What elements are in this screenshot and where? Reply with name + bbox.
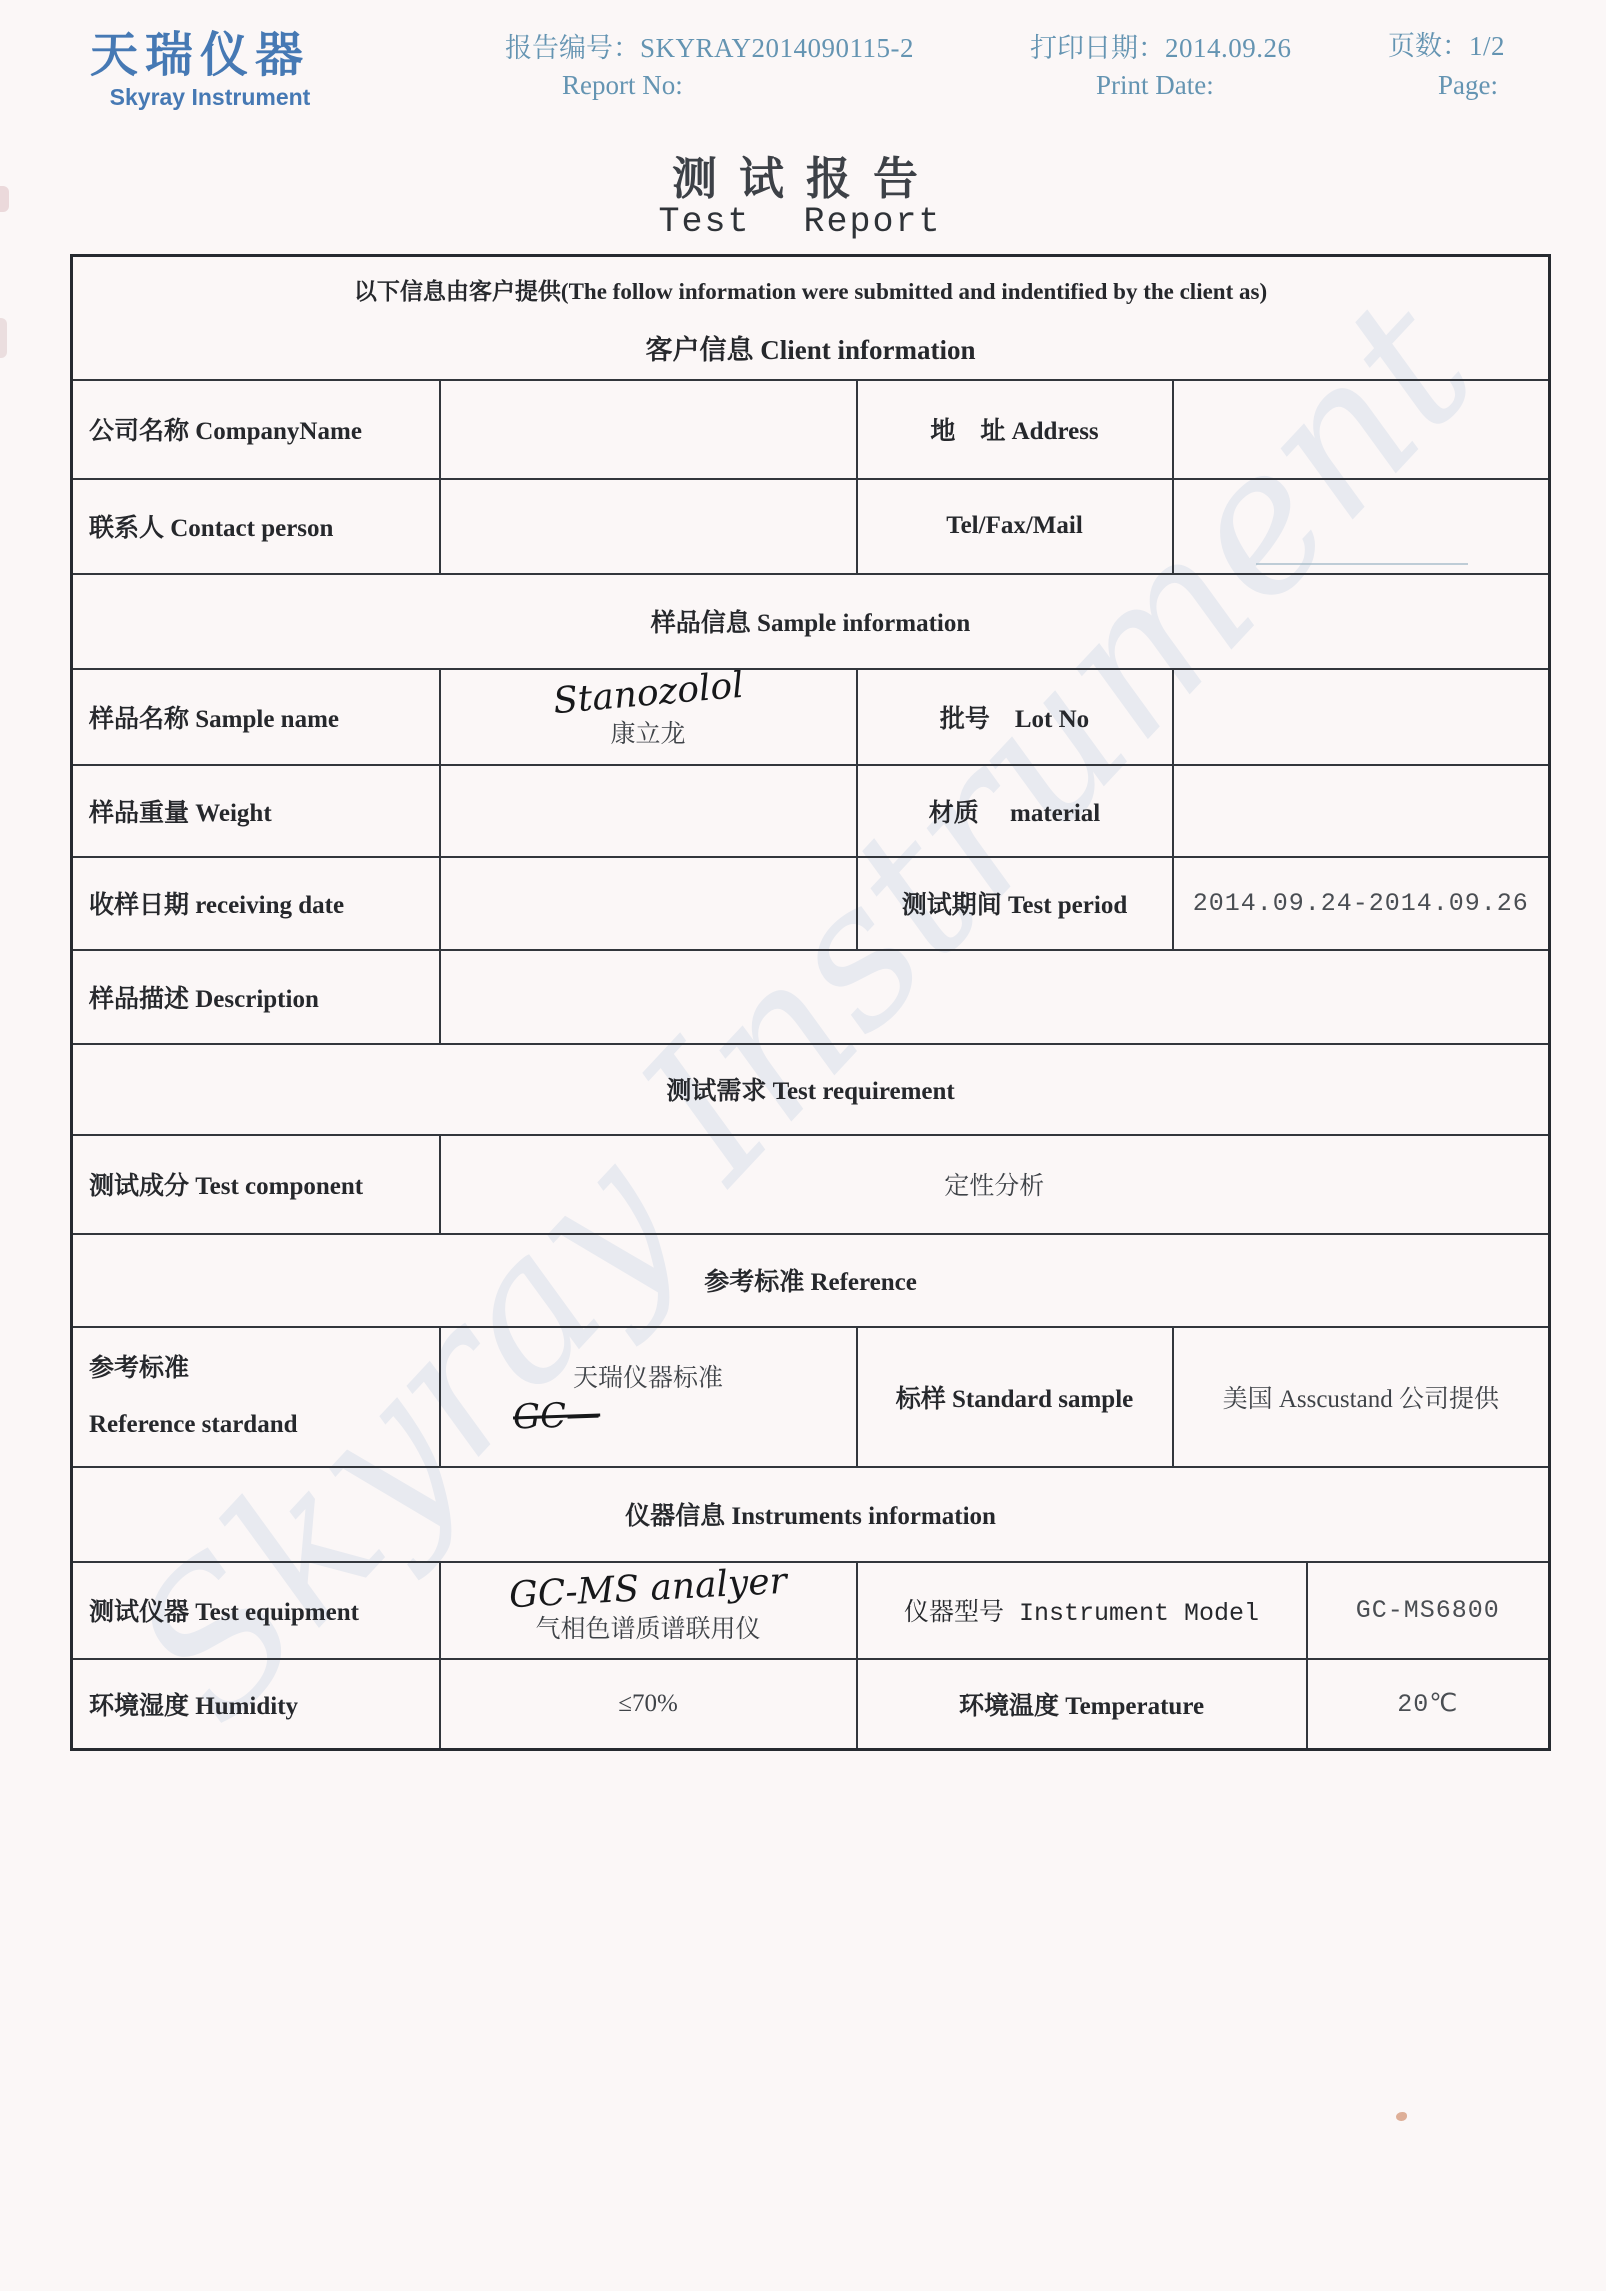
lot-no-value — [1173, 669, 1550, 765]
sample-name-cn: 康立龙 — [610, 714, 685, 750]
weight-label: 样品重量 Weight — [72, 765, 440, 857]
page-title-en: Test Report — [658, 202, 941, 242]
page-sub: Page: — [1438, 70, 1498, 101]
humidity-label: 环境湿度 Humidity — [72, 1659, 440, 1750]
table-row: 环境湿度 Humidity ≤70% 环境温度 Temperature 20℃ — [72, 1659, 1550, 1750]
table-row: 样品重量 Weight 材质 material — [72, 765, 1550, 857]
lot-no-label: 批号 Lot No — [857, 669, 1173, 765]
receiving-date-label: 收样日期 receiving date — [72, 857, 440, 950]
page-title-cn: 测试报告 — [672, 142, 940, 207]
page-value: 1/2 — [1469, 31, 1505, 61]
page-line: 页数：1/2 — [1388, 24, 1505, 63]
reference-section-header-cell: 参考标准 Reference — [72, 1234, 1550, 1327]
test-period-value: 2014.09.24-2014.09.26 — [1173, 857, 1550, 950]
table-row: 样品名称 Sample name Stanozolol 康立龙 批号 Lot N… — [72, 669, 1550, 765]
table-row: 联系人 Contact person Tel/Fax/Mail — [72, 479, 1550, 574]
test-equipment-label: 测试仪器 Test equipment — [72, 1562, 440, 1659]
table-row: 测试仪器 Test equipment GC-MS analyer 气相色谱质谱… — [72, 1562, 1550, 1659]
weight-value — [440, 765, 857, 857]
material-label: 材质 material — [857, 765, 1173, 857]
report-table: 以下信息由客户提供(The follow information were su… — [70, 254, 1551, 1751]
table-row: 样品信息 Sample information — [72, 574, 1550, 669]
logo-cn: 天瑞仪器 — [90, 16, 310, 85]
test-period-label: 测试期间 Test period — [857, 857, 1173, 950]
print-date-value: 2014.09.26 — [1165, 33, 1292, 63]
test-equipment-value: GC-MS analyer 气相色谱质谱联用仪 — [440, 1562, 857, 1659]
table-row: 公司名称 CompanyName 地 址 Address — [72, 380, 1550, 479]
report-no-line: 报告编号：SKYRAY2014090115-2 — [505, 26, 914, 65]
temperature-value: 20℃ — [1307, 1659, 1550, 1750]
reference-standard-cn: 天瑞仪器标准 — [573, 1358, 723, 1394]
requirement-section-header-cell: 测试需求 Test requirement — [72, 1044, 1550, 1135]
page-label: 页数： — [1388, 31, 1469, 61]
table-row: 样品描述 Description — [72, 950, 1550, 1044]
scan-speck — [1396, 2112, 1407, 2121]
reference-gc-handwriting: GC— — [512, 1394, 601, 1437]
company-name-value — [440, 380, 857, 479]
print-date-line: 打印日期：2014.09.26 — [1030, 26, 1292, 65]
client-note: 以下信息由客户提供(The follow information were su… — [87, 273, 1534, 306]
table-row: 测试成分 Test component 定性分析 — [72, 1135, 1550, 1234]
table-row: 以下信息由客户提供(The follow information were su… — [72, 256, 1550, 380]
print-date-sub: Print Date: — [1096, 70, 1214, 101]
client-section-title: 客户信息 Client information — [87, 328, 1534, 367]
test-component-label: 测试成分 Test component — [72, 1135, 440, 1234]
sample-name-label: 样品名称 Sample name — [72, 669, 440, 765]
sample-section-header-cell: 样品信息 Sample information — [72, 574, 1550, 669]
print-date-label: 打印日期： — [1030, 33, 1165, 63]
receiving-date-value — [440, 857, 857, 950]
temperature-label: 环境温度 Temperature — [857, 1659, 1307, 1750]
company-name-label: 公司名称 CompanyName — [72, 380, 440, 479]
report-no-value: SKYRAY2014090115-2 — [640, 33, 914, 63]
table-row: 参考标准 Reference — [72, 1234, 1550, 1327]
reference-standard-label: 参考标准 Reference stardand — [72, 1327, 440, 1467]
test-component-value: 定性分析 — [440, 1135, 1550, 1234]
logo-en: Skyray Instrument — [90, 84, 330, 111]
material-value — [1173, 765, 1550, 857]
contact-person-label: 联系人 Contact person — [72, 479, 440, 574]
table-row: 测试需求 Test requirement — [72, 1044, 1550, 1135]
description-value — [440, 950, 1550, 1044]
faint-underline-artifact — [1256, 563, 1468, 565]
address-value — [1173, 380, 1550, 479]
contact-person-value — [440, 479, 857, 574]
client-section-header-cell: 以下信息由客户提供(The follow information were su… — [72, 256, 1550, 380]
table-row: 收样日期 receiving date 测试期间 Test period 201… — [72, 857, 1550, 950]
equipment-cn: 气相色谱质谱联用仪 — [535, 1609, 760, 1645]
report-no-label: 报告编号： — [505, 33, 640, 63]
reference-standard-value: 天瑞仪器标准 GC— — [440, 1327, 857, 1467]
table-row: 参考标准 Reference stardand 天瑞仪器标准 GC— 标样 St… — [72, 1327, 1550, 1467]
instrument-model-label: 仪器型号 Instrument Model — [857, 1562, 1307, 1659]
table-row: 仪器信息 Instruments information — [72, 1467, 1550, 1562]
standard-sample-label: 标样 Standard sample — [857, 1327, 1173, 1467]
address-label: 地 址 Address — [857, 380, 1173, 479]
report-no-sub: Report No: — [562, 70, 683, 101]
humidity-value: ≤70% — [440, 1659, 857, 1750]
scan-smudge — [0, 186, 9, 212]
sample-name-value: Stanozolol 康立龙 — [440, 669, 857, 765]
instruments-section-header-cell: 仪器信息 Instruments information — [72, 1467, 1550, 1562]
telfax-label: Tel/Fax/Mail — [857, 479, 1173, 574]
reference-standard-label-en: Reference stardand — [89, 1411, 298, 1438]
reference-standard-label-cn: 参考标准 — [89, 1354, 425, 1384]
telfax-value — [1173, 479, 1550, 574]
description-label: 样品描述 Description — [72, 950, 440, 1044]
standard-sample-value: 美国 Asscustand 公司提供 — [1173, 1327, 1550, 1467]
instrument-model-value: GC-MS6800 — [1307, 1562, 1550, 1659]
scan-smudge — [0, 318, 7, 358]
